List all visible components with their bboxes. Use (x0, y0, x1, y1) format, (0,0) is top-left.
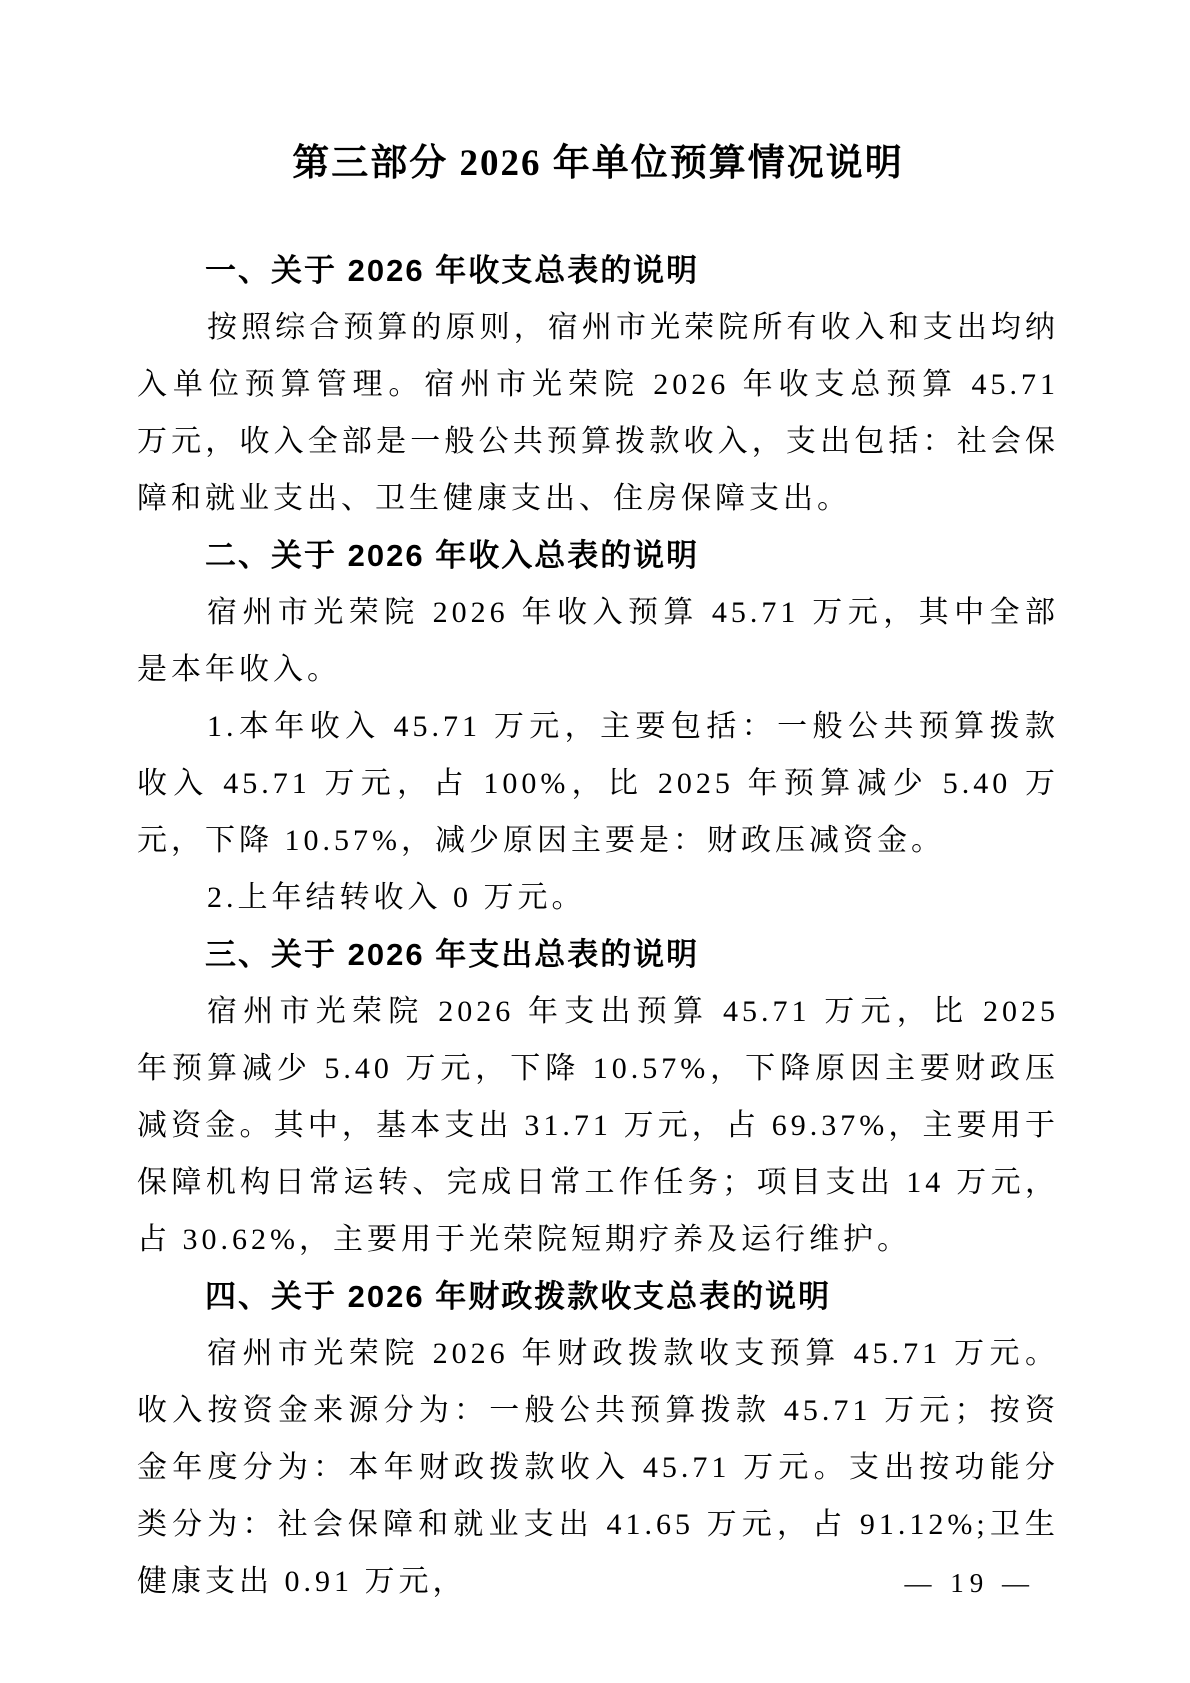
section-4-heading: 四、关于 2026 年财政拨款收支总表的说明 (137, 1268, 1059, 1325)
page-footer: — 19 — (905, 1566, 1036, 1600)
section-2-paragraph-3: 2.上年结转收入 0 万元。 (137, 869, 1059, 926)
document-page: 第三部分 2026 年单位预算情况说明 一、关于 2026 年收支总表的说明 按… (0, 0, 1190, 1683)
section-income-summary: 二、关于 2026 年收入总表的说明 宿州市光荣院 2026 年收入预算 45.… (137, 527, 1059, 926)
section-1-heading: 一、关于 2026 年收支总表的说明 (137, 242, 1059, 299)
section-2-paragraph-2: 1.本年收入 45.71 万元，主要包括：一般公共预算拨款收入 45.71 万元… (137, 698, 1059, 869)
section-income-expenditure-summary: 一、关于 2026 年收支总表的说明 按照综合预算的原则，宿州市光荣院所有收入和… (137, 242, 1059, 527)
section-1-paragraph-1: 按照综合预算的原则，宿州市光荣院所有收入和支出均纳入单位预算管理。宿州市光荣院 … (137, 299, 1059, 527)
section-2-heading: 二、关于 2026 年收入总表的说明 (137, 527, 1059, 584)
page-number: — 19 — (905, 1568, 1036, 1598)
section-fiscal-appropriation-summary: 四、关于 2026 年财政拨款收支总表的说明 宿州市光荣院 2026 年财政拨款… (137, 1268, 1059, 1610)
document-title: 第三部分 2026 年单位预算情况说明 (137, 0, 1059, 188)
section-expenditure-summary: 三、关于 2026 年支出总表的说明 宿州市光荣院 2026 年支出预算 45.… (137, 926, 1059, 1268)
section-3-paragraph-1: 宿州市光荣院 2026 年支出预算 45.71 万元，比 2025 年预算减少 … (137, 983, 1059, 1268)
section-3-heading: 三、关于 2026 年支出总表的说明 (137, 926, 1059, 983)
section-2-paragraph-1: 宿州市光荣院 2026 年收入预算 45.71 万元，其中全部是本年收入。 (137, 584, 1059, 698)
